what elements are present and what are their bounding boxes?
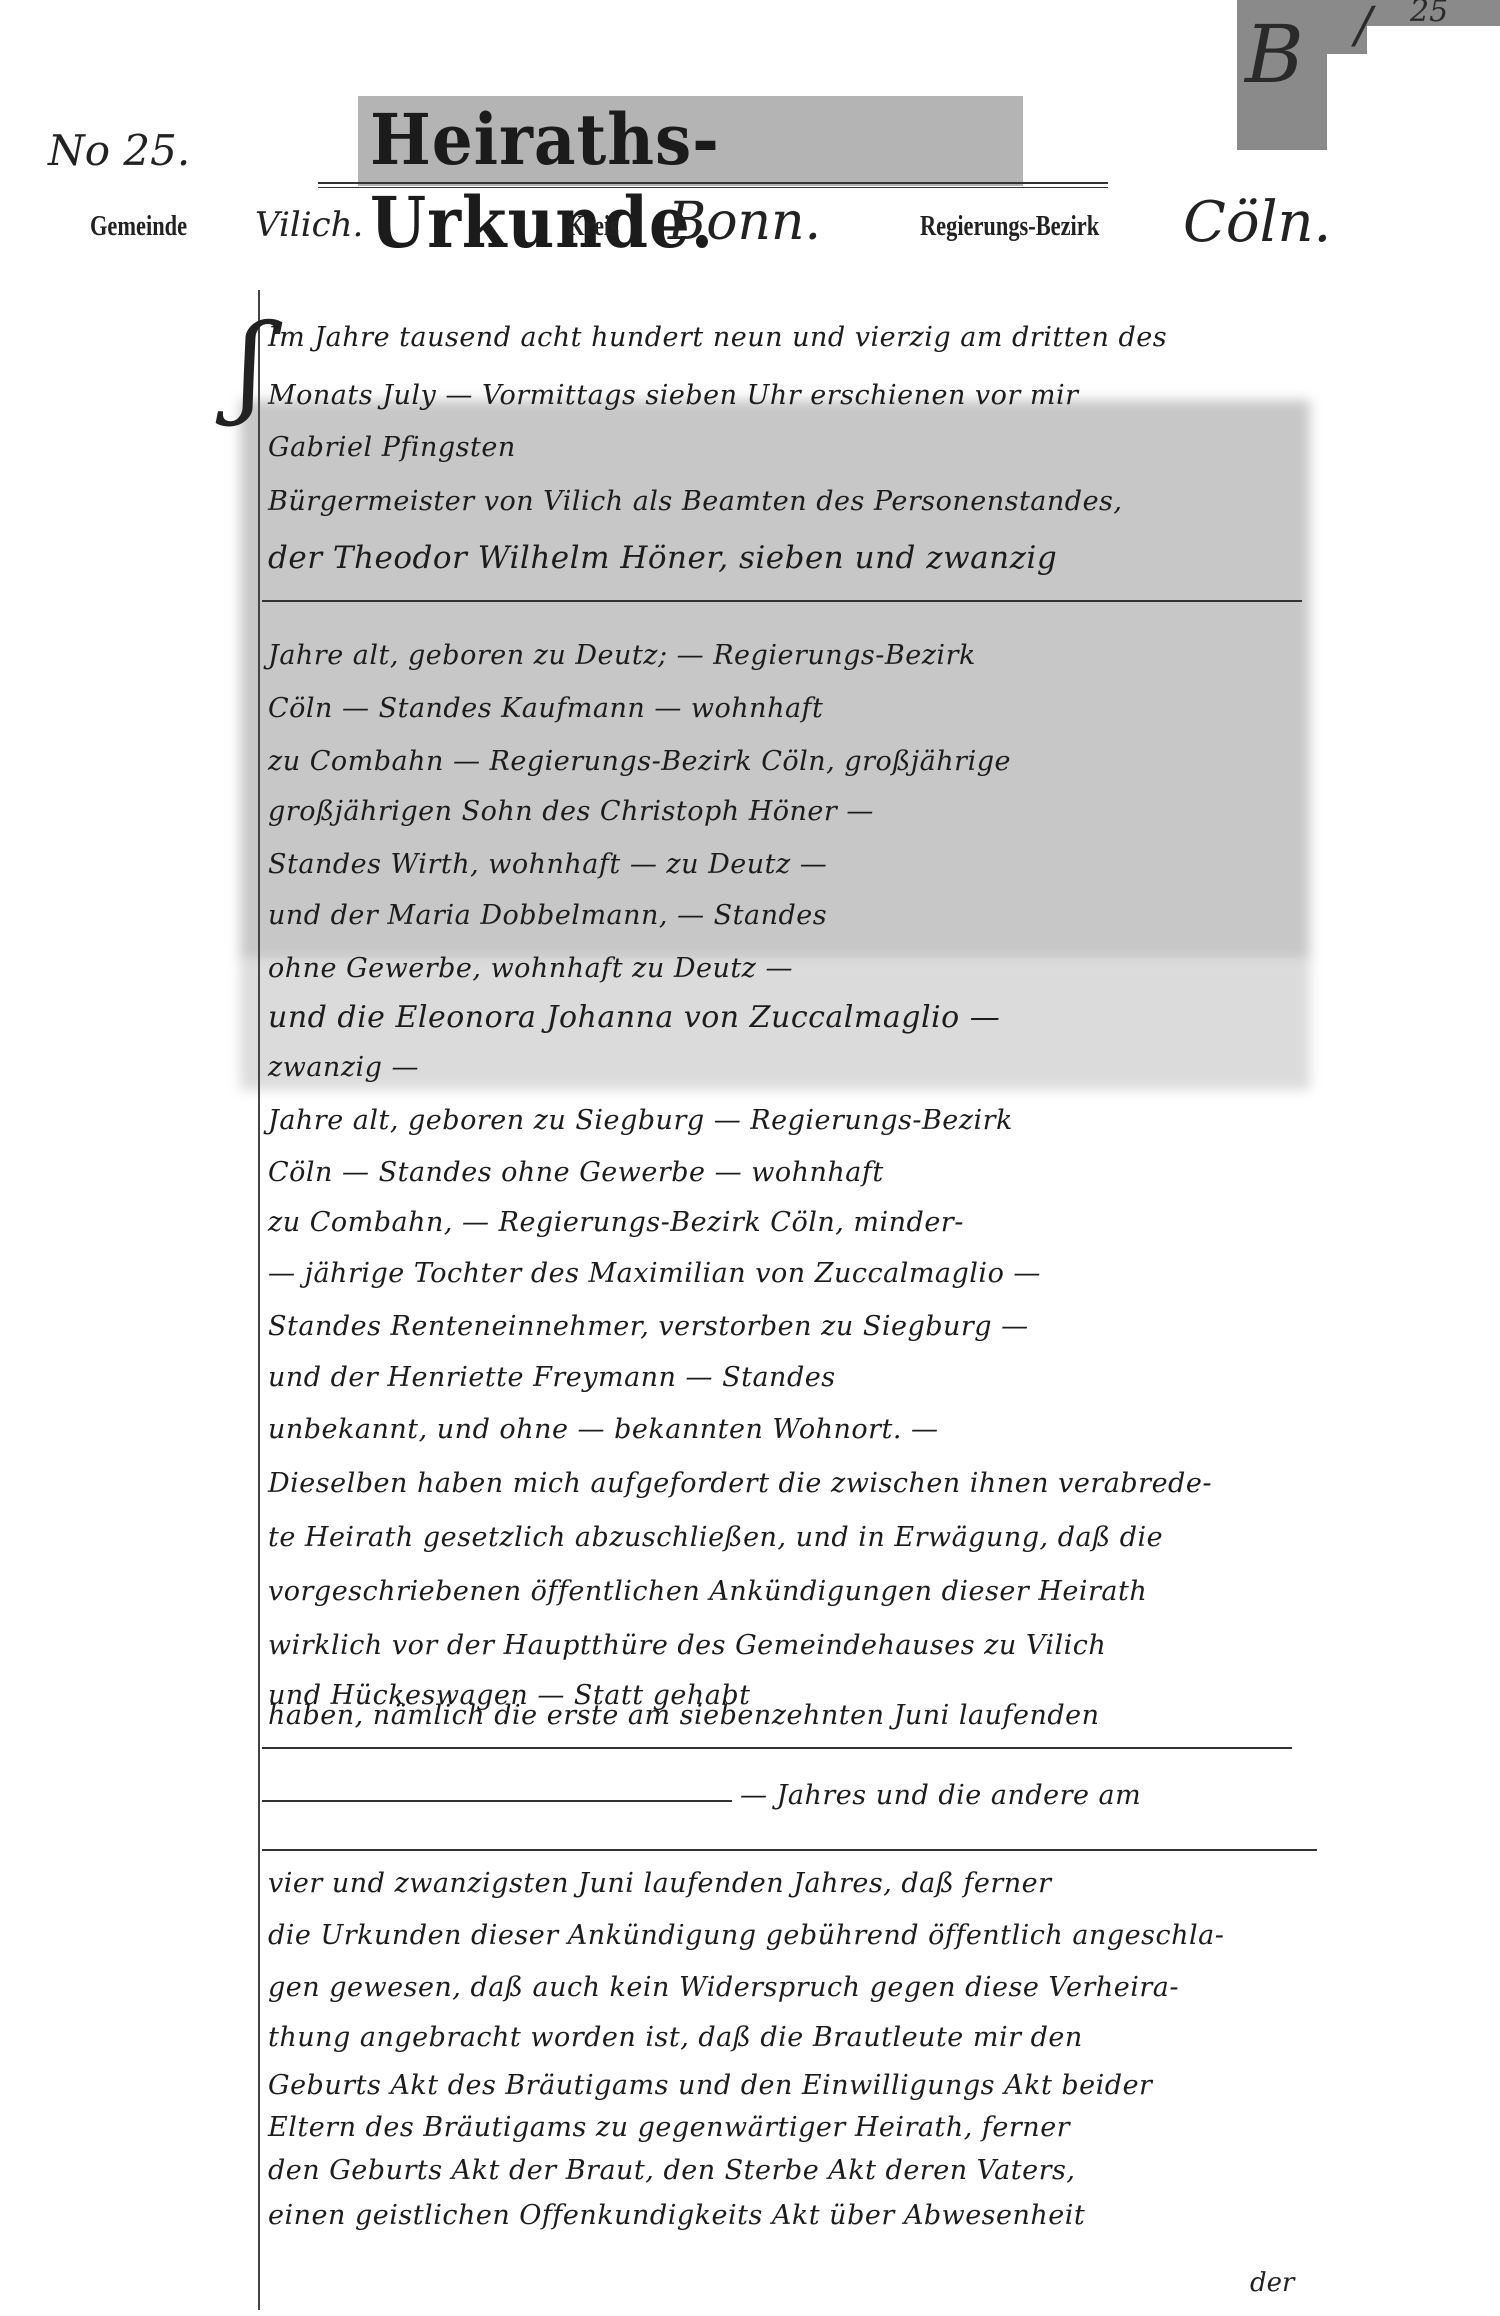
body-line: wirklich vor der Hauptthüre des Gemeinde… xyxy=(268,1630,1308,1661)
body-line: Eltern des Bräutigams zu gegenwärtiger H… xyxy=(268,2112,1308,2143)
body-line: und die Eleonora Johanna von Zuccalmagli… xyxy=(268,1000,1308,1035)
fill-rule xyxy=(262,1800,732,1802)
body-line: der Theodor Wilhelm Höner, sieben und zw… xyxy=(268,540,1308,576)
left-margin-rule xyxy=(258,290,260,2310)
bezirk-value: Cöln. xyxy=(1183,190,1331,255)
body-line: einen geistlichen Offenkundigkeits Akt ü… xyxy=(268,2200,1308,2231)
stamp-number: 25 xyxy=(1410,0,1448,29)
body-line: zwanzig — xyxy=(268,1052,1308,1083)
continuation-word: der xyxy=(1250,2268,1294,2298)
body-line: vorgeschriebenen öffentlichen Ankündigun… xyxy=(268,1576,1308,1607)
body-line: gen gewesen, daß auch kein Widerspruch g… xyxy=(268,1972,1308,2003)
body-line: Bürgermeister von Vilich als Beamten des… xyxy=(268,486,1308,517)
body-line: den Geburts Akt der Braut, den Sterbe Ak… xyxy=(268,2155,1308,2186)
section-rule xyxy=(262,1849,1317,1851)
body-line: Gabriel Pfingsten xyxy=(268,432,1308,463)
gemeinde-value: Vilich. xyxy=(255,205,363,245)
body-line: Jahre alt, geboren zu Siegburg — Regieru… xyxy=(268,1105,1308,1136)
body-line: Geburts Akt des Bräutigams und den Einwi… xyxy=(268,2070,1308,2101)
bezirk-label: Regierungs-Bezirk xyxy=(920,211,1099,243)
body-line: — Jahres und die andere am xyxy=(740,1780,1300,1811)
body-line: die Urkunden dieser Ankündigung gebühren… xyxy=(268,1920,1308,1951)
body-line: zu Combahn, — Regierungs-Bezirk Cöln, mi… xyxy=(268,1207,1308,1238)
body-line: Jahre alt, geboren zu Deutz; — Regierung… xyxy=(268,640,1308,671)
body-line: Cöln — Standes ohne Gewerbe — wohnhaft xyxy=(268,1157,1308,1188)
body-line: Dieselben haben mich aufgefordert die zw… xyxy=(268,1468,1308,1499)
body-line: te Heirath gesetzlich abzuschließen, und… xyxy=(268,1522,1308,1553)
gemeinde-label: Gemeinde xyxy=(90,211,187,243)
body-line: und der Maria Dobbelmann, — Standes xyxy=(268,900,1308,931)
body-line: Monats July — Vormittags sieben Uhr ersc… xyxy=(268,380,1308,411)
section-rule xyxy=(262,1747,1292,1749)
body-line: zu Combahn — Regierungs-Bezirk Cöln, gro… xyxy=(268,746,1308,777)
body-line: — jährige Tochter des Maximilian von Zuc… xyxy=(268,1258,1308,1289)
section-rule xyxy=(262,600,1302,602)
body-line: Cöln — Standes Kaufmann — wohnhaft xyxy=(268,693,1308,724)
body-line: ohne Gewerbe, wohnhaft zu Deutz — xyxy=(268,953,1308,984)
body-line: und der Henriette Freymann — Standes xyxy=(268,1362,1308,1393)
body-line: Standes Wirth, wohnhaft — zu Deutz — xyxy=(268,849,1308,880)
body-line: haben, nämlich die erste am siebenzehnte… xyxy=(268,1700,1308,1731)
record-number: No 25. xyxy=(48,126,190,175)
title-underline xyxy=(318,182,1108,184)
body-line: Standes Renteneinnehmer, verstorben zu S… xyxy=(268,1311,1308,1342)
kreis-label: Kreis xyxy=(567,211,619,243)
body-line: unbekannt, und ohne — bekannten Wohnort.… xyxy=(268,1414,1308,1445)
body-line: thung angebracht worden ist, daß die Bra… xyxy=(268,2022,1308,2053)
body-line: großjährigen Sohn des Christoph Höner — xyxy=(268,796,1308,827)
stamp-initial: B xyxy=(1245,8,1304,101)
title-underline xyxy=(318,187,1108,188)
body-line: vier und zwanzigsten Juni laufenden Jahr… xyxy=(268,1868,1308,1899)
body-line: Im Jahre tausend acht hundert neun und v… xyxy=(268,322,1308,353)
stamp-slash: / xyxy=(1355,0,1372,54)
initial-flourish: ʃ xyxy=(236,300,266,428)
kreis-value: Bonn. xyxy=(668,192,821,252)
